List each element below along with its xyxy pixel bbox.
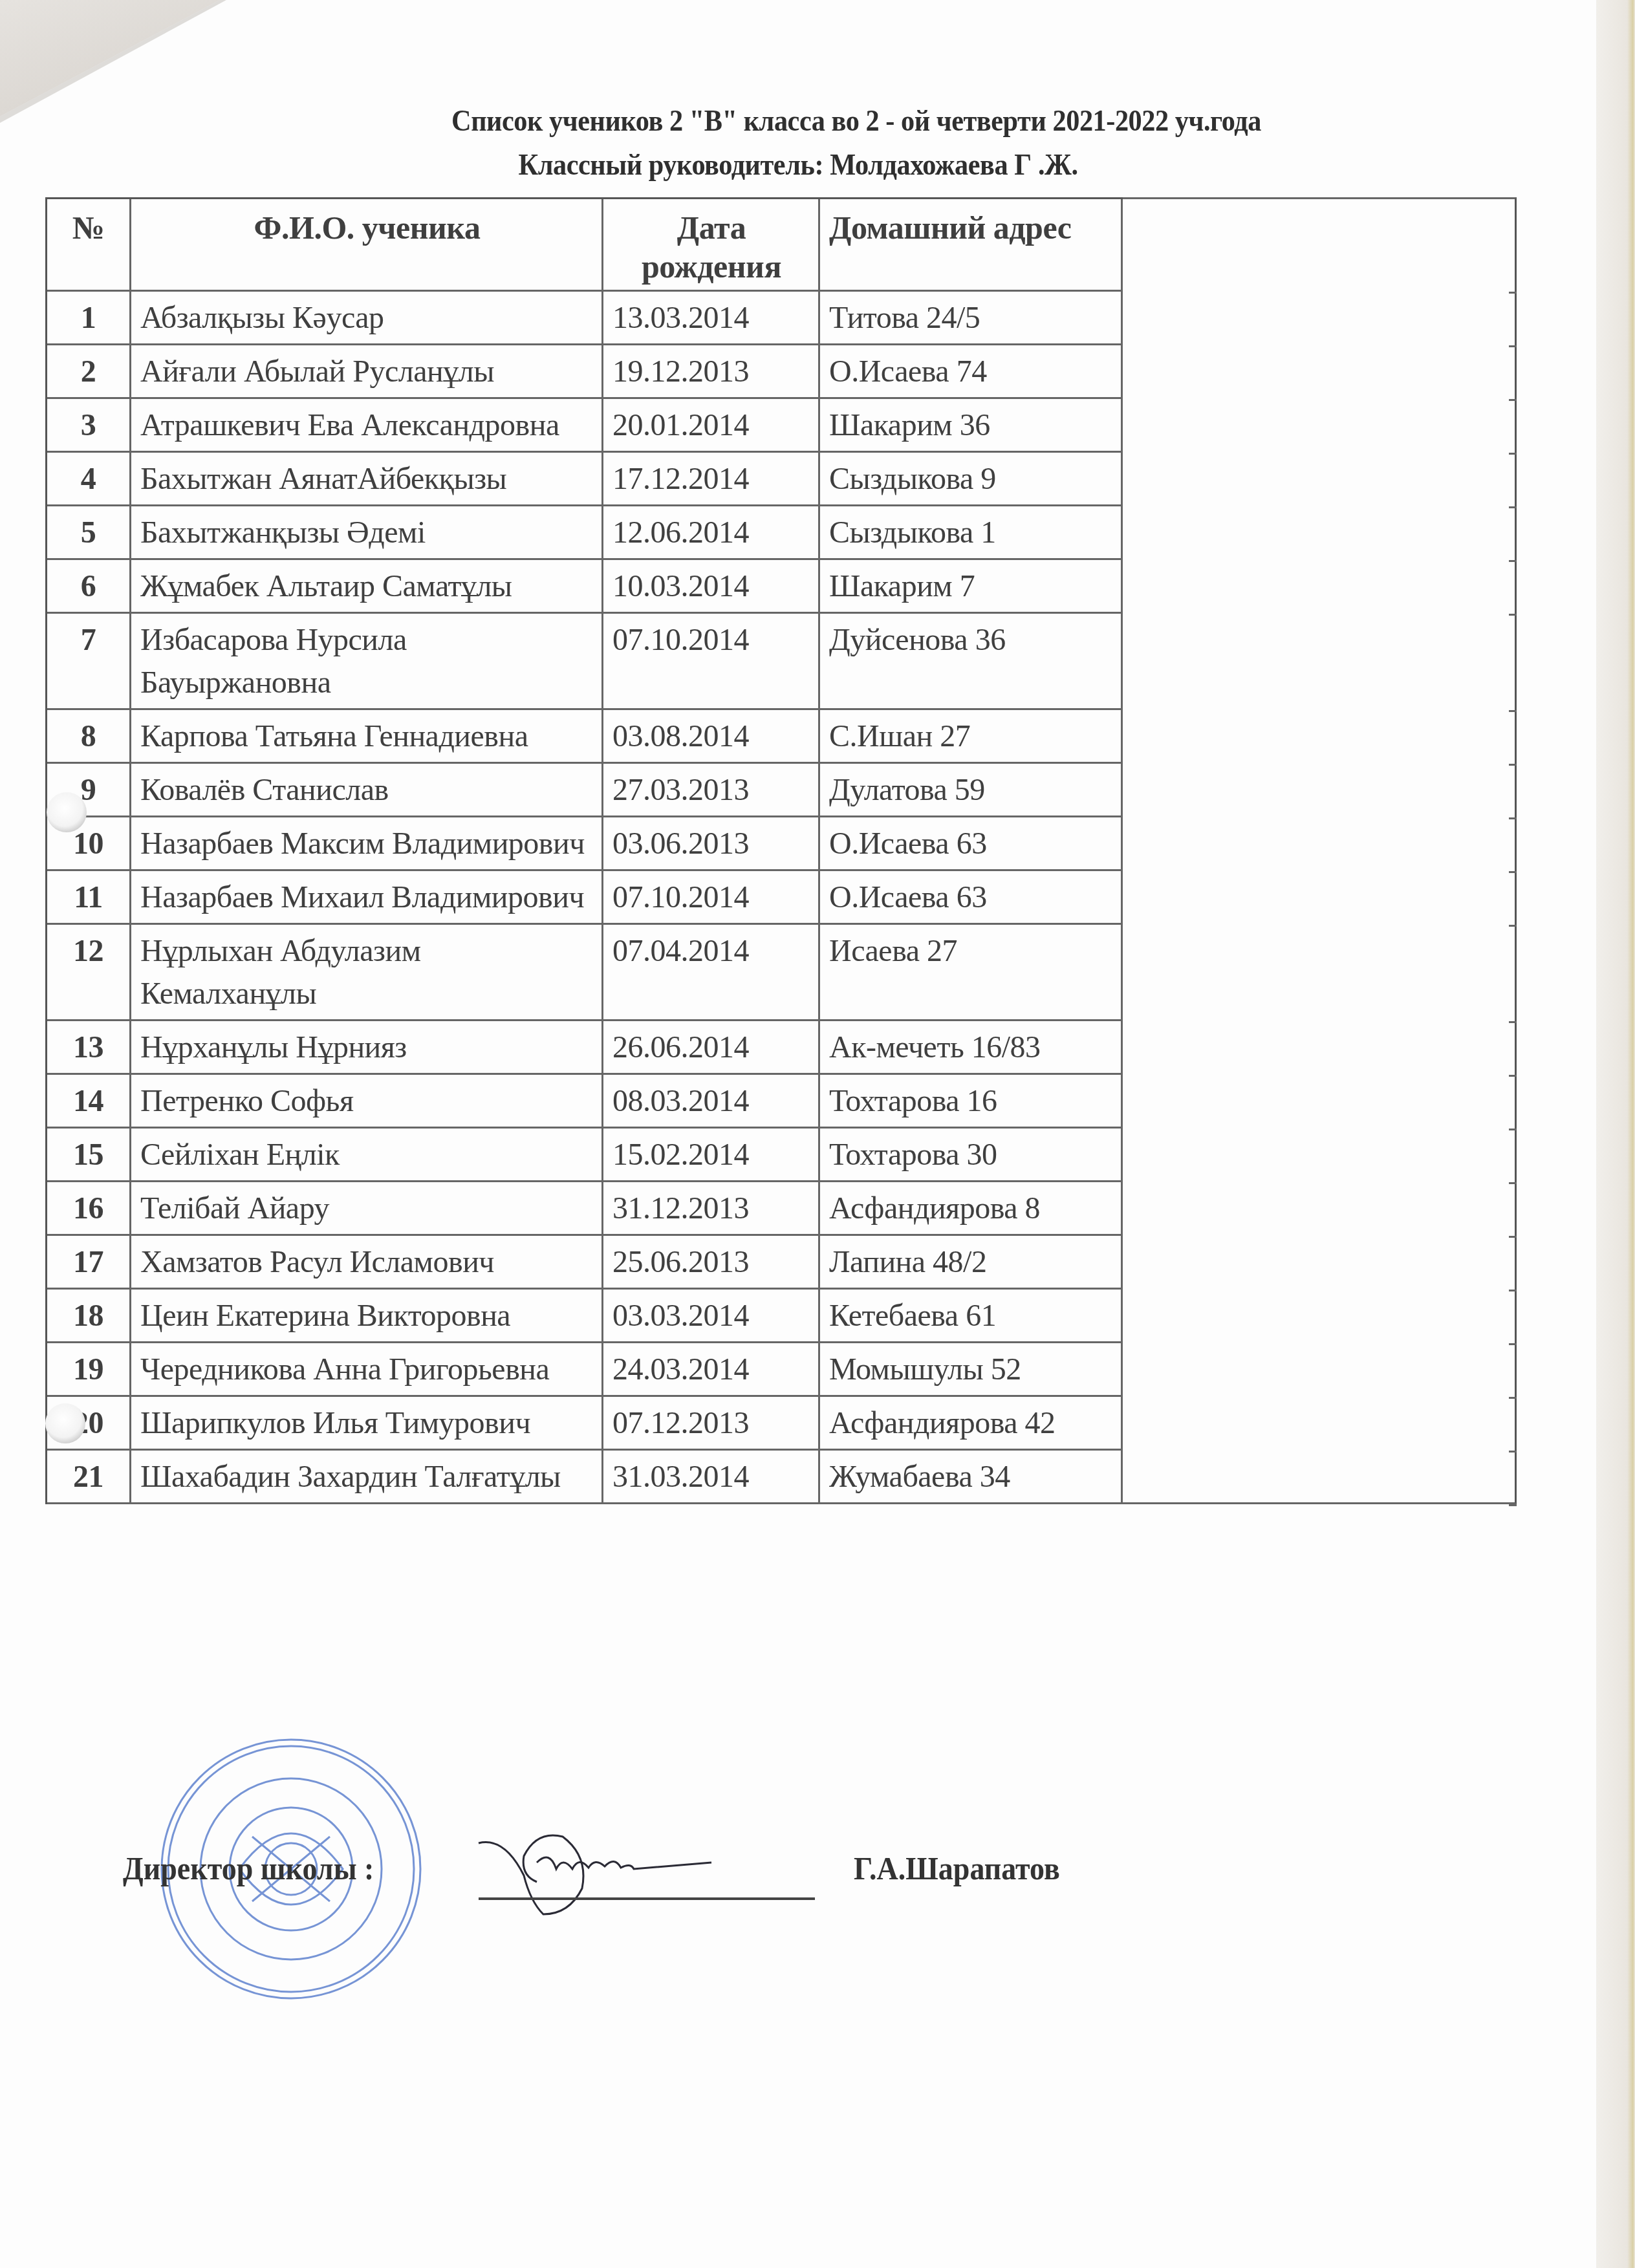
row-divider-tick xyxy=(1509,1182,1517,1184)
table-row: 20Шарипкулов Илья Тимурович07.12.2013Асф… xyxy=(47,1397,1123,1451)
home-address: Дуйсенова 36 xyxy=(820,614,1123,708)
home-address: Титова 24/5 xyxy=(820,292,1123,343)
row-divider-tick xyxy=(1509,1451,1517,1453)
header-birth-date: Дата рождения xyxy=(603,199,820,290)
student-name: Чередникова Анна Григорьевна xyxy=(131,1343,603,1395)
table-row: 2Айғали Абылай Русланұлы19.12.2013О.Исае… xyxy=(47,345,1123,399)
row-num: 17 xyxy=(47,1236,131,1288)
table-row: 17Хамзатов Расул Исламович25.06.2013Лапи… xyxy=(47,1236,1123,1290)
row-num: 8 xyxy=(47,710,131,762)
row-divider-tick xyxy=(1509,1021,1517,1023)
table-row: 15Сейліхан Еңлік15.02.2014Тохтарова 30 xyxy=(47,1129,1123,1182)
row-divider-tick xyxy=(1509,1343,1517,1345)
home-address: Сыздыкова 1 xyxy=(820,506,1123,558)
student-name: Айғали Абылай Русланұлы xyxy=(131,345,603,397)
home-address: Жумабаева 34 xyxy=(820,1451,1123,1502)
home-address: О.Исаева 74 xyxy=(820,345,1123,397)
student-name: Телібай Айару xyxy=(131,1182,603,1234)
home-address: Шакарим 7 xyxy=(820,560,1123,612)
header-address: Домашний адрес xyxy=(820,199,1123,290)
table-row: 16Телібай Айару31.12.2013Асфандиярова 8 xyxy=(47,1182,1123,1236)
student-name: Атрашкевич Ева Александровна xyxy=(131,399,603,451)
row-divider-tick xyxy=(1509,1397,1517,1399)
header-num: № xyxy=(47,199,131,290)
birth-date: 27.03.2013 xyxy=(603,764,820,815)
document-title: Список учеников 2 "В" класса во 2 - ой ч… xyxy=(104,103,1608,138)
punch-hole xyxy=(45,1403,85,1443)
class-teacher-line: Классный руководитель: Молдахожаева Г .Ж… xyxy=(46,147,1550,182)
director-signature xyxy=(466,1817,724,1921)
scan-edge xyxy=(1596,0,1635,2268)
row-divider-tick xyxy=(1509,292,1517,294)
student-name: Цеин Екатерина Викторовна xyxy=(131,1290,603,1341)
student-name: Жұмабек Альтаир Саматұлы xyxy=(131,560,603,612)
birth-date: 17.12.2014 xyxy=(603,453,820,504)
birth-date: 07.10.2014 xyxy=(603,614,820,708)
home-address: С.Ишан 27 xyxy=(820,710,1123,762)
punch-hole xyxy=(47,792,87,832)
birth-date: 03.03.2014 xyxy=(603,1290,820,1341)
row-num: 2 xyxy=(47,345,131,397)
table-row: 6Жұмабек Альтаир Саматұлы10.03.2014Шакар… xyxy=(47,560,1123,614)
row-divider-tick xyxy=(1509,1504,1517,1506)
birth-date: 08.03.2014 xyxy=(603,1075,820,1127)
table-row: 8Карпова Татьяна Геннадиевна03.08.2014С.… xyxy=(47,710,1123,764)
table-row: 9Ковалёв Станислав27.03.2013Дулатова 59 xyxy=(47,764,1123,817)
student-name: Ковалёв Станислав xyxy=(131,764,603,815)
student-name: Карпова Татьяна Геннадиевна xyxy=(131,710,603,762)
row-divider-tick xyxy=(1509,345,1517,347)
row-divider-tick xyxy=(1509,506,1517,508)
director-label: Директор школы : xyxy=(123,1850,374,1887)
table-row: 5Бахытжанқызы Әдемі12.06.2014Сыздыкова 1 xyxy=(47,506,1123,560)
row-divider-tick xyxy=(1509,560,1517,562)
home-address: Сыздыкова 9 xyxy=(820,453,1123,504)
row-num: 14 xyxy=(47,1075,131,1127)
student-name: Шарипкулов Илья Тимурович xyxy=(131,1397,603,1449)
home-address: Исаева 27 xyxy=(820,925,1123,1019)
row-num: 12 xyxy=(47,925,131,1019)
row-divider-tick xyxy=(1509,614,1517,616)
table-row: 14Петренко Софья08.03.2014Тохтарова 16 xyxy=(47,1075,1123,1129)
birth-date: 19.12.2013 xyxy=(603,345,820,397)
table-row: 4Бахытжан АянатАйбекқызы17.12.2014Сыздык… xyxy=(47,453,1123,506)
birth-date: 12.06.2014 xyxy=(603,506,820,558)
row-num: 19 xyxy=(47,1343,131,1395)
home-address: О.Исаева 63 xyxy=(820,871,1123,923)
birth-date: 15.02.2014 xyxy=(603,1129,820,1180)
home-address: Ак-мечеть 16/83 xyxy=(820,1021,1123,1073)
student-name: Бахытжанқызы Әдемі xyxy=(131,506,603,558)
row-divider-tick xyxy=(1509,925,1517,927)
table-row: 1Абзалқызы Кәусар13.03.2014Титова 24/5 xyxy=(47,292,1123,345)
row-num: 1 xyxy=(47,292,131,343)
student-name: Бахытжан АянатАйбекқызы xyxy=(131,453,603,504)
row-num: 4 xyxy=(47,453,131,504)
home-address: О.Исаева 63 xyxy=(820,817,1123,869)
birth-date: 31.03.2014 xyxy=(603,1451,820,1502)
student-name: Абзалқызы Кәусар xyxy=(131,292,603,343)
row-divider-tick xyxy=(1509,1075,1517,1077)
student-name: Избасарова Нурсила Бауыржановна xyxy=(131,614,603,708)
home-address: Шакарим 36 xyxy=(820,399,1123,451)
row-num: 3 xyxy=(47,399,131,451)
row-num: 11 xyxy=(47,871,131,923)
table-row: 7Избасарова Нурсила Бауыржановна07.10.20… xyxy=(47,614,1123,710)
home-address: Лапина 48/2 xyxy=(820,1236,1123,1288)
birth-date: 03.08.2014 xyxy=(603,710,820,762)
blank-column xyxy=(1121,197,1517,1504)
birth-date: 07.10.2014 xyxy=(603,871,820,923)
birth-date: 26.06.2014 xyxy=(603,1021,820,1073)
student-name: Петренко Софья xyxy=(131,1075,603,1127)
table-row: 12Нұрлыхан Абдулазим Кемалханұлы07.04.20… xyxy=(47,925,1123,1021)
home-address: Асфандиярова 8 xyxy=(820,1182,1123,1234)
table-row: 10Назарбаев Максим Владимирович03.06.201… xyxy=(47,817,1123,871)
birth-date: 25.06.2013 xyxy=(603,1236,820,1288)
signature-line xyxy=(479,1897,815,1900)
student-name: Хамзатов Расул Исламович xyxy=(131,1236,603,1288)
table-row: 11Назарбаев Михаил Владимирович07.10.201… xyxy=(47,871,1123,925)
row-divider-tick xyxy=(1509,453,1517,455)
row-divider-tick xyxy=(1509,764,1517,766)
birth-date: 07.12.2013 xyxy=(603,1397,820,1449)
table-header-row: № Ф.И.О. ученика Дата рождения Домашний … xyxy=(47,199,1123,292)
birth-date: 07.04.2014 xyxy=(603,925,820,1019)
birth-date: 10.03.2014 xyxy=(603,560,820,612)
row-divider-tick xyxy=(1509,399,1517,401)
row-num: 15 xyxy=(47,1129,131,1180)
home-address: Кетебаева 61 xyxy=(820,1290,1123,1341)
birth-date: 31.12.2013 xyxy=(603,1182,820,1234)
row-divider-tick xyxy=(1509,710,1517,712)
row-divider-tick xyxy=(1509,871,1517,873)
row-num: 6 xyxy=(47,560,131,612)
row-divider-tick xyxy=(1509,1129,1517,1130)
birth-date: 03.06.2013 xyxy=(603,817,820,869)
student-name: Сейліхан Еңлік xyxy=(131,1129,603,1180)
birth-date: 20.01.2014 xyxy=(603,399,820,451)
table-body: 1Абзалқызы Кәусар13.03.2014Титова 24/52А… xyxy=(47,292,1123,1504)
home-address: Дулатова 59 xyxy=(820,764,1123,815)
row-num: 13 xyxy=(47,1021,131,1073)
row-num: 7 xyxy=(47,614,131,708)
home-address: Момышулы 52 xyxy=(820,1343,1123,1395)
row-num: 21 xyxy=(47,1451,131,1502)
home-address: Тохтарова 16 xyxy=(820,1075,1123,1127)
row-divider-tick xyxy=(1509,1236,1517,1238)
student-name: Нұрлыхан Абдулазим Кемалханұлы xyxy=(131,925,603,1019)
home-address: Тохтарова 30 xyxy=(820,1129,1123,1180)
student-name: Нұрханұлы Нұрнияз xyxy=(131,1021,603,1073)
student-name: Назарбаев Максим Владимирович xyxy=(131,817,603,869)
table-row: 18Цеин Екатерина Викторовна03.03.2014Кет… xyxy=(47,1290,1123,1343)
student-name: Шахабадин Захардин Талғатұлы xyxy=(131,1451,603,1502)
row-divider-tick xyxy=(1509,817,1517,819)
row-num: 16 xyxy=(47,1182,131,1234)
home-address: Асфандиярова 42 xyxy=(820,1397,1123,1449)
table-row: 3Атрашкевич Ева Александровна20.01.2014Ш… xyxy=(47,399,1123,453)
header-name: Ф.И.О. ученика xyxy=(131,199,603,290)
row-num: 18 xyxy=(47,1290,131,1341)
birth-date: 24.03.2014 xyxy=(603,1343,820,1395)
table-row: 19Чередникова Анна Григорьевна24.03.2014… xyxy=(47,1343,1123,1397)
table-row: 21Шахабадин Захардин Талғатұлы31.03.2014… xyxy=(47,1451,1123,1504)
director-name: Г.А.Шарапатов xyxy=(854,1850,1060,1887)
table-row: 13Нұрханұлы Нұрнияз26.06.2014Ак-мечеть 1… xyxy=(47,1021,1123,1075)
row-num: 5 xyxy=(47,506,131,558)
birth-date: 13.03.2014 xyxy=(603,292,820,343)
row-divider-tick xyxy=(1509,1290,1517,1291)
students-table: № Ф.И.О. ученика Дата рождения Домашний … xyxy=(45,197,1123,1504)
student-name: Назарбаев Михаил Владимирович xyxy=(131,871,603,923)
